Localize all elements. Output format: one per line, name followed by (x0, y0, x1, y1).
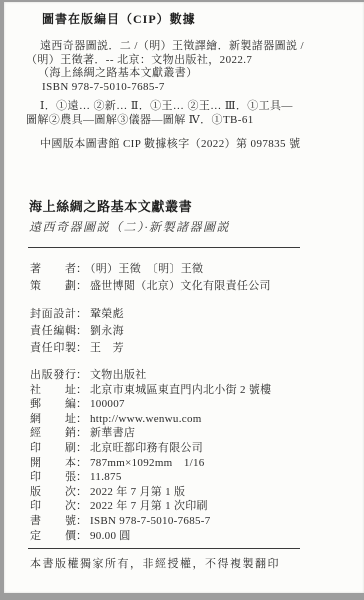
cip-record-line: 遠西奇器圖説．二 /（明）王徵譯繪．新製諸器圖説 / (26, 40, 356, 54)
row-label: 出版發行 (30, 368, 76, 383)
row-value: 盛世博閲（北京）文化有限責任公司 (87, 280, 271, 292)
colophon-row: 定價：90.00 圓 (30, 529, 271, 544)
row-colon: ： (76, 369, 87, 381)
row-label: 印刷 (30, 441, 76, 456)
row-label: 網址 (30, 412, 76, 427)
row-value: 文物出版社 (87, 369, 147, 381)
colophon-row: 版次：2022 年 7 月第 1 版 (30, 485, 271, 500)
row-colon: ： (76, 325, 87, 337)
row-value-website: http://www.wenwu.com (87, 413, 202, 425)
row-value: 劉永海 (87, 325, 124, 337)
row-value: 鞏榮彪 (87, 308, 124, 320)
colophon-row: 郵編：100007 (30, 397, 271, 412)
row-label: 開本 (30, 456, 76, 471)
colophon-row: 網址：http://www.wenwu.com (30, 412, 271, 427)
colophon-row: 印張：11.875 (30, 470, 271, 485)
row-label: 印張 (30, 470, 76, 485)
series-title: 海上絲綢之路基本文獻叢書 (29, 196, 192, 215)
row-value: 北京市東城區東直門内北小街 2 號樓 (87, 384, 271, 396)
row-value: 2022 年 7 月第 1 版 (87, 486, 185, 498)
row-colon: ： (76, 530, 87, 542)
cip-record-block: 遠西奇器圖説．二 /（明）王徵譯繪．新製諸器圖説 / （明）王徵著．-- 北京：… (26, 40, 356, 94)
colophon-row: 社址：北京市東城區東直門内北小街 2 號樓 (30, 383, 271, 398)
row-label: 責任編輯 (30, 323, 76, 340)
colophon-row: 著者：（明）王徵 〔明〕王徵 (30, 261, 271, 278)
row-colon: ： (76, 427, 87, 439)
row-label: 印次 (30, 499, 76, 514)
colophon-group-staff: 封面設計：鞏榮彪 責任編輯：劉永海 責任印製：王 芳 (30, 306, 124, 357)
colophon-row: 書號：ISBN 978-7-5010-7685-7 (30, 514, 271, 529)
classification-line: Ⅰ．①遠… ②新… Ⅱ．①王… ②王… Ⅲ．①工具— (26, 100, 356, 114)
row-colon: ： (76, 263, 87, 275)
colophon-row: 經銷：新華書店 (30, 426, 271, 441)
row-value: 王 芳 (87, 342, 124, 354)
row-colon: ： (76, 384, 87, 396)
row-value: 787mm×1092mm 1/16 (87, 457, 205, 469)
cip-classification-block: Ⅰ．①遠… ②新… Ⅱ．①王… ②王… Ⅲ．①工具— 圖解②農具—圖解③儀器—圖… (26, 100, 356, 127)
colophon-row: 責任編輯：劉永海 (30, 323, 124, 340)
row-label: 郵編 (30, 397, 76, 412)
row-label: 定價 (30, 529, 76, 544)
divider-top (28, 247, 300, 248)
row-value: 11.875 (87, 471, 122, 483)
colophon-group-authors: 著者：（明）王徵 〔明〕王徵 策劃：盛世博閲（北京）文化有限責任公司 (30, 261, 271, 295)
row-colon: ： (76, 457, 87, 469)
row-colon: ： (76, 280, 87, 292)
row-label: 書號 (30, 514, 76, 529)
row-value: 北京旺都印務有限公司 (87, 442, 203, 454)
row-value: 2022 年 7 月第 1 次印刷 (87, 500, 208, 512)
row-value: （明）王徵 〔明〕王徵 (87, 263, 203, 275)
row-value: 100007 (87, 398, 125, 410)
book-title: 遠西奇器圖説（二）·新製諸器圖説 (29, 218, 230, 235)
row-label: 版次 (30, 485, 76, 500)
scanned-colophon-page: 圖書在版編目（CIP）數據 遠西奇器圖説．二 /（明）王徵譯繪．新製諸器圖説 /… (4, 2, 364, 593)
divider-bottom (28, 548, 300, 549)
cip-registration-number: 中國版本圖書館 CIP 數據核字（2022）第 097835 號 (40, 135, 301, 151)
colophon-row: 印次：2022 年 7 月第 1 次印刷 (30, 499, 271, 514)
row-label: 著者 (30, 261, 76, 278)
row-colon: ： (76, 486, 87, 498)
row-colon: ： (76, 515, 87, 527)
colophon-row: 責任印製：王 芳 (30, 340, 124, 357)
cip-record-line: （明）王徵著．-- 北京：文物出版社，2022.7 (26, 54, 356, 68)
row-colon: ： (76, 308, 87, 320)
row-colon: ： (76, 413, 87, 425)
colophon-group-publishing: 出版發行：文物出版社 社址：北京市東城區東直門内北小街 2 號樓 郵編：1000… (30, 368, 271, 543)
row-label: 策劃 (30, 278, 76, 295)
row-colon: ： (76, 398, 87, 410)
classification-line: 圖解②農具—圖解③儀器—圖解 Ⅳ．①TB-61 (26, 114, 356, 128)
row-value-price: 90.00 圓 (87, 530, 131, 542)
row-label: 責任印製 (30, 340, 76, 357)
cip-record-isbn: ISBN 978-7-5010-7685-7 (26, 81, 356, 95)
row-colon: ： (76, 342, 87, 354)
colophon-row: 印刷：北京旺都印務有限公司 (30, 441, 271, 456)
colophon-row: 開本：787mm×1092mm 1/16 (30, 456, 271, 471)
row-label: 封面設計 (30, 306, 76, 323)
cip-header: 圖書在版編目（CIP）數據 (42, 10, 196, 27)
row-label: 經銷 (30, 426, 76, 441)
row-colon: ： (76, 471, 87, 483)
colophon-row: 出版發行：文物出版社 (30, 368, 271, 383)
cip-record-line: （海上絲綢之路基本文獻叢書） (26, 67, 356, 81)
row-value: 新華書店 (87, 427, 135, 439)
row-value-isbn: ISBN 978-7-5010-7685-7 (87, 515, 211, 527)
row-colon: ： (76, 442, 87, 454)
row-label: 社址 (30, 383, 76, 398)
row-colon: ： (76, 500, 87, 512)
copyright-notice: 本書版權獨家所有，非經授權，不得複製翻印 (30, 555, 280, 571)
colophon-row: 封面設計：鞏榮彪 (30, 306, 124, 323)
colophon-row: 策劃：盛世博閲（北京）文化有限責任公司 (30, 278, 271, 295)
